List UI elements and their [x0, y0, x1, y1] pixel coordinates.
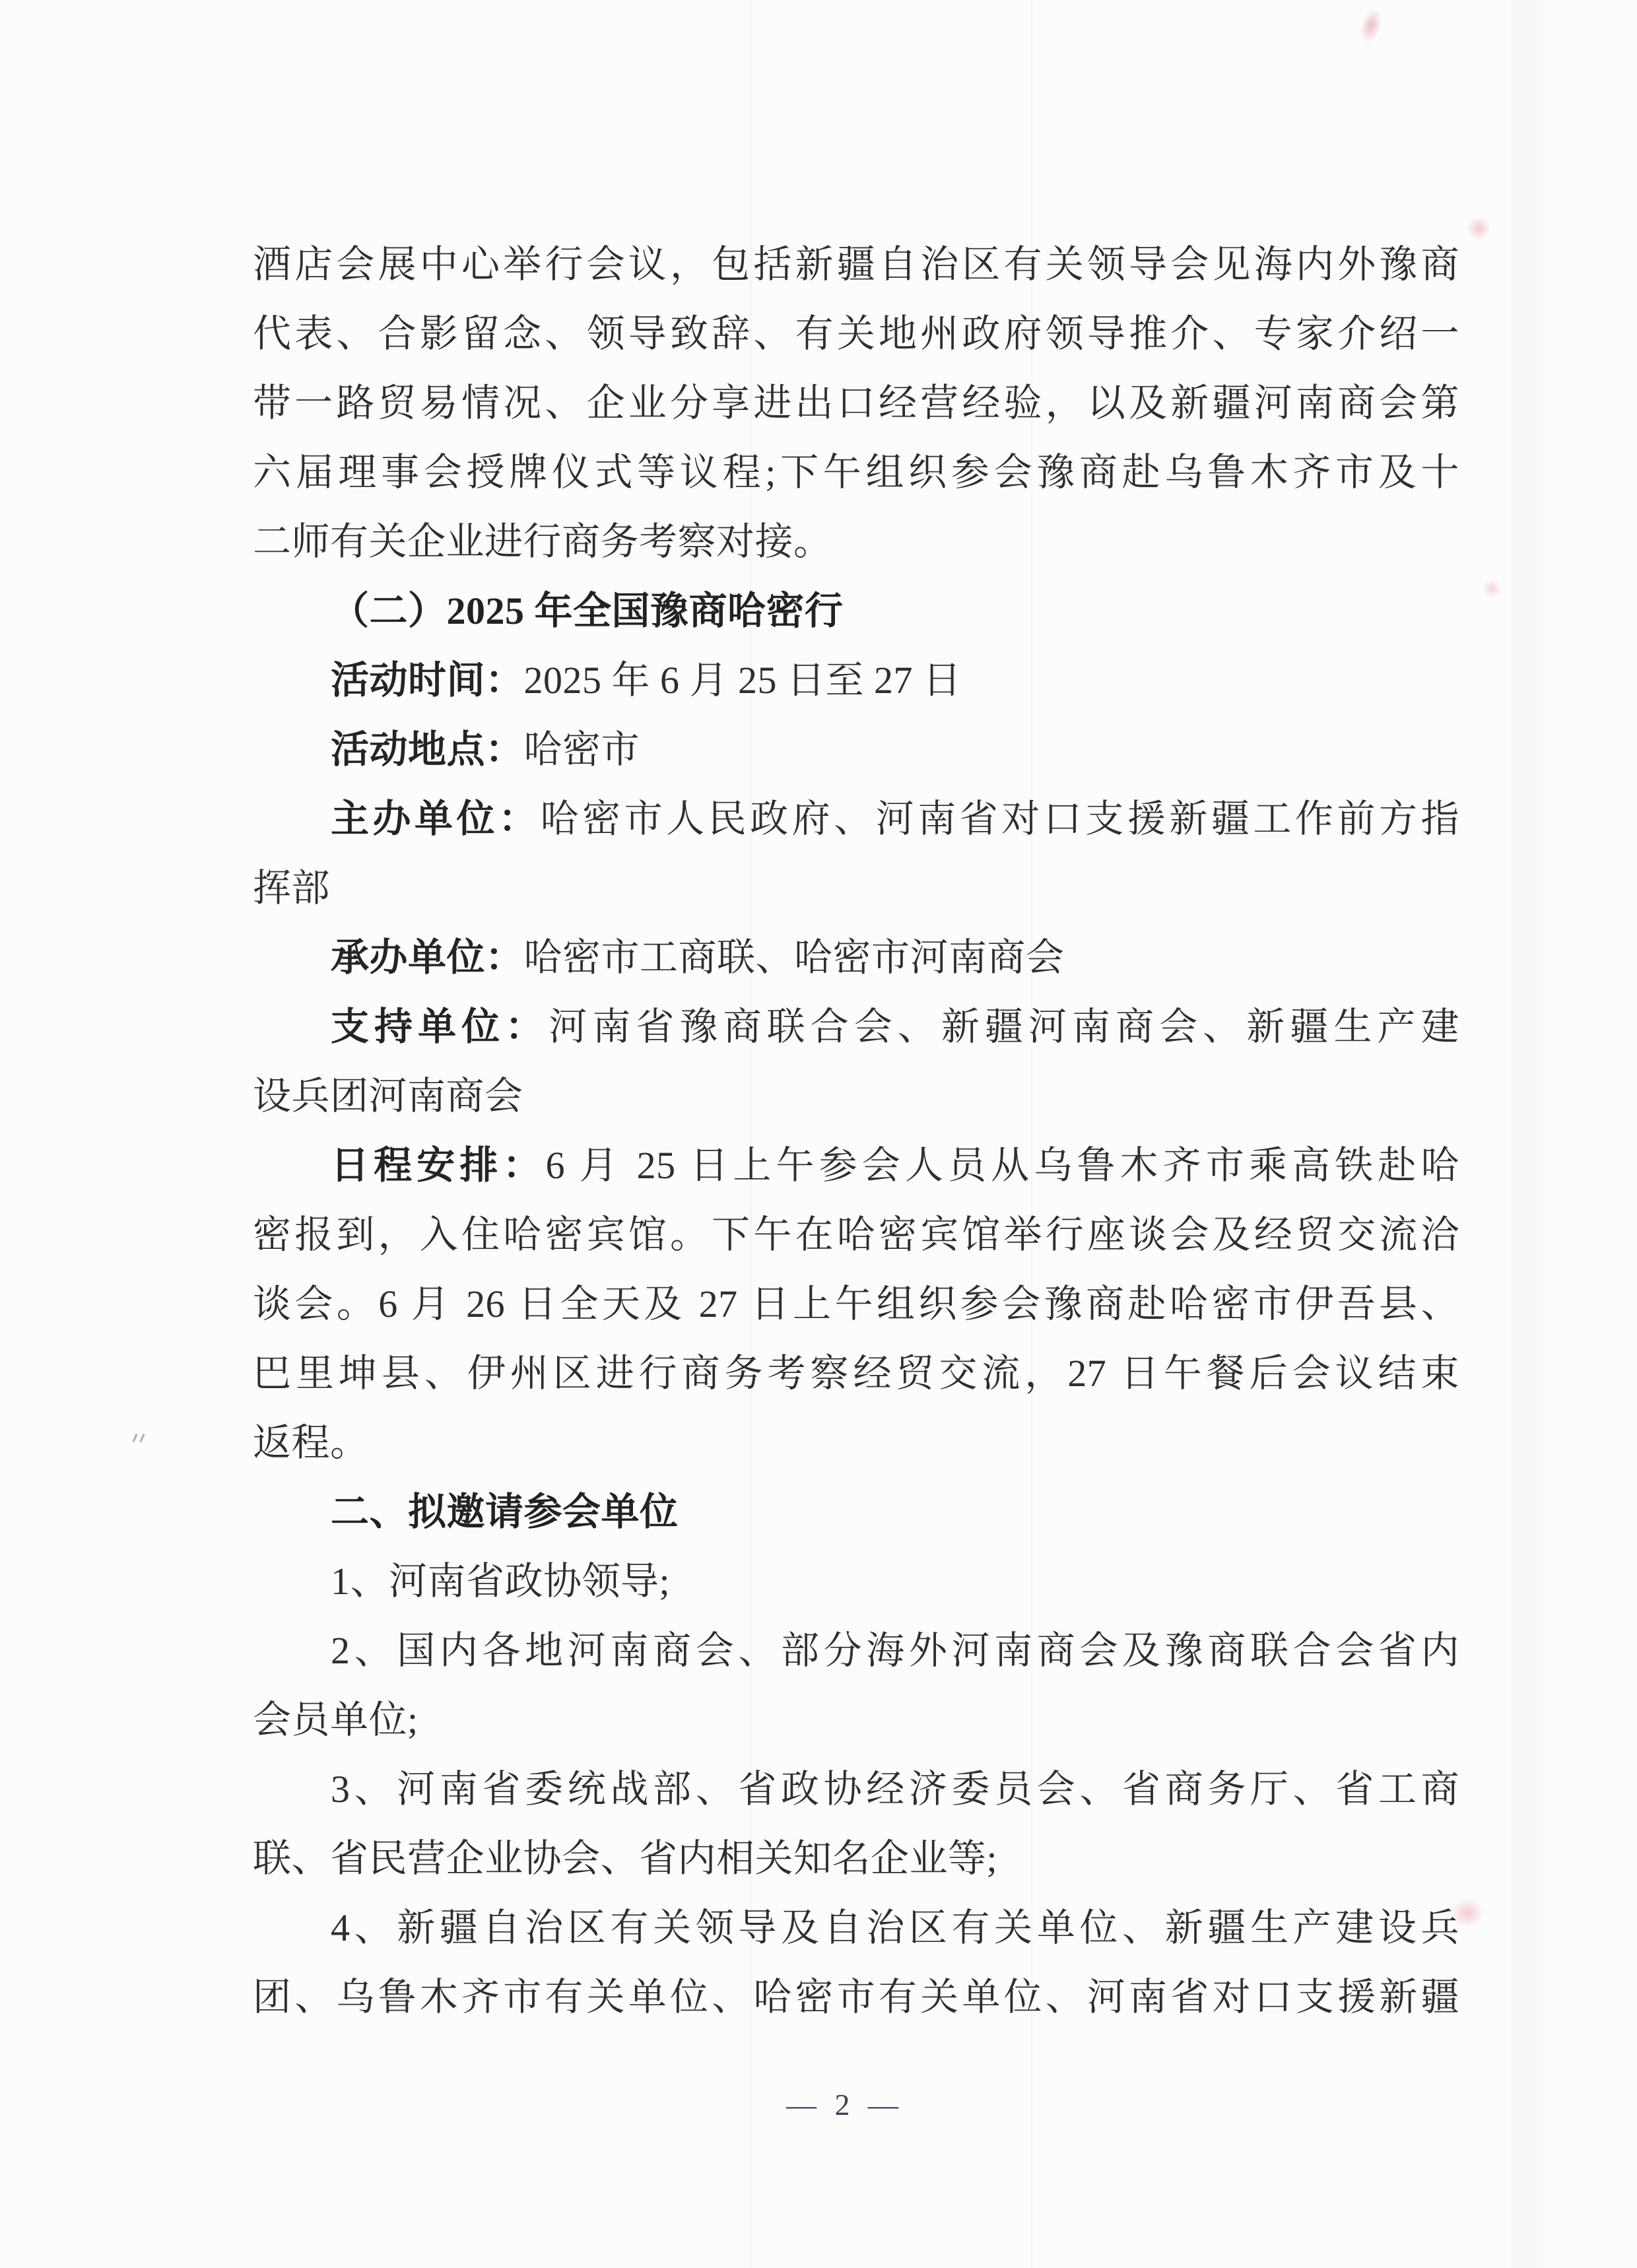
activity-time-label: 活动时间：	[331, 659, 524, 702]
line-item-2: 2、国内各地河南商会、部分海外河南商会及豫商联合会省内	[253, 1616, 1459, 1685]
line-schedule-cont-1: 密报到，入住哈密宾馆。下午在哈密宾馆举行座谈会及经贸交流洽	[253, 1200, 1459, 1269]
host-org-value: 哈密市人民政府、河南省对口支援新疆工作前方指	[541, 797, 1459, 840]
heading-invited-units: 二、拟邀请参会单位	[253, 1477, 1459, 1547]
line-item-2-cont: 会员单位;	[253, 1685, 1459, 1754]
scan-artifact	[1356, 6, 1386, 46]
activity-time-value: 2025 年 6 月 25 日至 27 日	[524, 659, 962, 702]
para-agenda-line-4: 六届理事会授牌仪式等议程;下午组织参会豫商赴乌鲁木齐市及十	[253, 438, 1459, 507]
line-schedule-cont-3: 巴里坤县、伊州区进行商务考察经贸交流，27 日午餐后会议结束	[253, 1339, 1459, 1408]
host-org-label: 主办单位：	[331, 797, 541, 840]
line-activity-place: 活动地点：哈密市	[253, 715, 1459, 784]
page-number: — 2 —	[26, 2087, 1637, 2122]
scan-artifact	[1483, 580, 1501, 598]
line-item-3: 3、河南省委统战部、省政协经济委员会、省商务厅、省工商	[253, 1754, 1459, 1824]
line-item-1: 1、河南省政协领导;	[253, 1547, 1459, 1616]
scan-artifact	[139, 1434, 145, 1442]
activity-place-label: 活动地点：	[331, 728, 524, 771]
line-schedule: 日程安排：6 月 25 日上午参会人员从乌鲁木齐市乘高铁赴哈	[253, 1131, 1459, 1200]
line-organizer-org: 承办单位：哈密市工商联、哈密市河南商会	[253, 923, 1459, 992]
para-agenda-line-3: 带一路贸易情况、企业分享进出口经营经验，以及新疆河南商会第	[253, 368, 1459, 438]
line-support-org-cont: 设兵团河南商会	[253, 1061, 1459, 1131]
para-agenda-line-5: 二师有关企业进行商务考察对接。	[253, 507, 1459, 576]
line-item-4: 4、新疆自治区有关领导及自治区有关单位、新疆生产建设兵	[253, 1893, 1459, 1962]
line-host-org: 主办单位：哈密市人民政府、河南省对口支援新疆工作前方指	[253, 784, 1459, 853]
support-org-label: 支持单位：	[331, 1005, 549, 1048]
activity-place-value: 哈密市	[524, 728, 640, 771]
line-activity-time: 活动时间：2025 年 6 月 25 日至 27 日	[253, 646, 1459, 715]
para-agenda-line-2: 代表、合影留念、领导致辞、有关地州政府领导推介、专家介绍一	[253, 299, 1459, 368]
line-schedule-end: 返程。	[253, 1408, 1459, 1477]
line-schedule-cont-2: 谈会。6 月 26 日全天及 27 日上午组织参会豫商赴哈密市伊吾县、	[253, 1269, 1459, 1339]
document-body: 酒店会展中心举行会议，包括新疆自治区有关领导会见海内外豫商 代表、合影留念、领导…	[253, 230, 1459, 2032]
support-org-value: 河南省豫商联合会、新疆河南商会、新疆生产建	[549, 1005, 1459, 1048]
scan-artifact	[132, 1434, 137, 1442]
organizer-org-label: 承办单位：	[331, 936, 524, 979]
schedule-value: 6 月 25 日上午参会人员从乌鲁木齐市乘高铁赴哈	[546, 1144, 1459, 1187]
heading-section-2: （二）2025 年全国豫商哈密行	[253, 576, 1459, 646]
scan-streak	[1512, 0, 1558, 2268]
scan-artifact	[1467, 217, 1490, 240]
line-support-org: 支持单位：河南省豫商联合会、新疆河南商会、新疆生产建	[253, 992, 1459, 1061]
line-item-4-cont: 团、乌鲁木齐市有关单位、哈密市有关单位、河南省对口支援新疆	[253, 1962, 1459, 2032]
schedule-label: 日程安排：	[331, 1144, 546, 1187]
document-page: 酒店会展中心举行会议，包括新疆自治区有关领导会见海内外豫商 代表、合影留念、领导…	[0, 0, 1637, 2268]
line-host-org-cont: 挥部	[253, 853, 1459, 923]
organizer-org-value: 哈密市工商联、哈密市河南商会	[524, 936, 1065, 979]
line-item-3-cont: 联、省民营企业协会、省内相关知名企业等;	[253, 1824, 1459, 1893]
para-agenda-line-1: 酒店会展中心举行会议，包括新疆自治区有关领导会见海内外豫商	[253, 230, 1459, 299]
